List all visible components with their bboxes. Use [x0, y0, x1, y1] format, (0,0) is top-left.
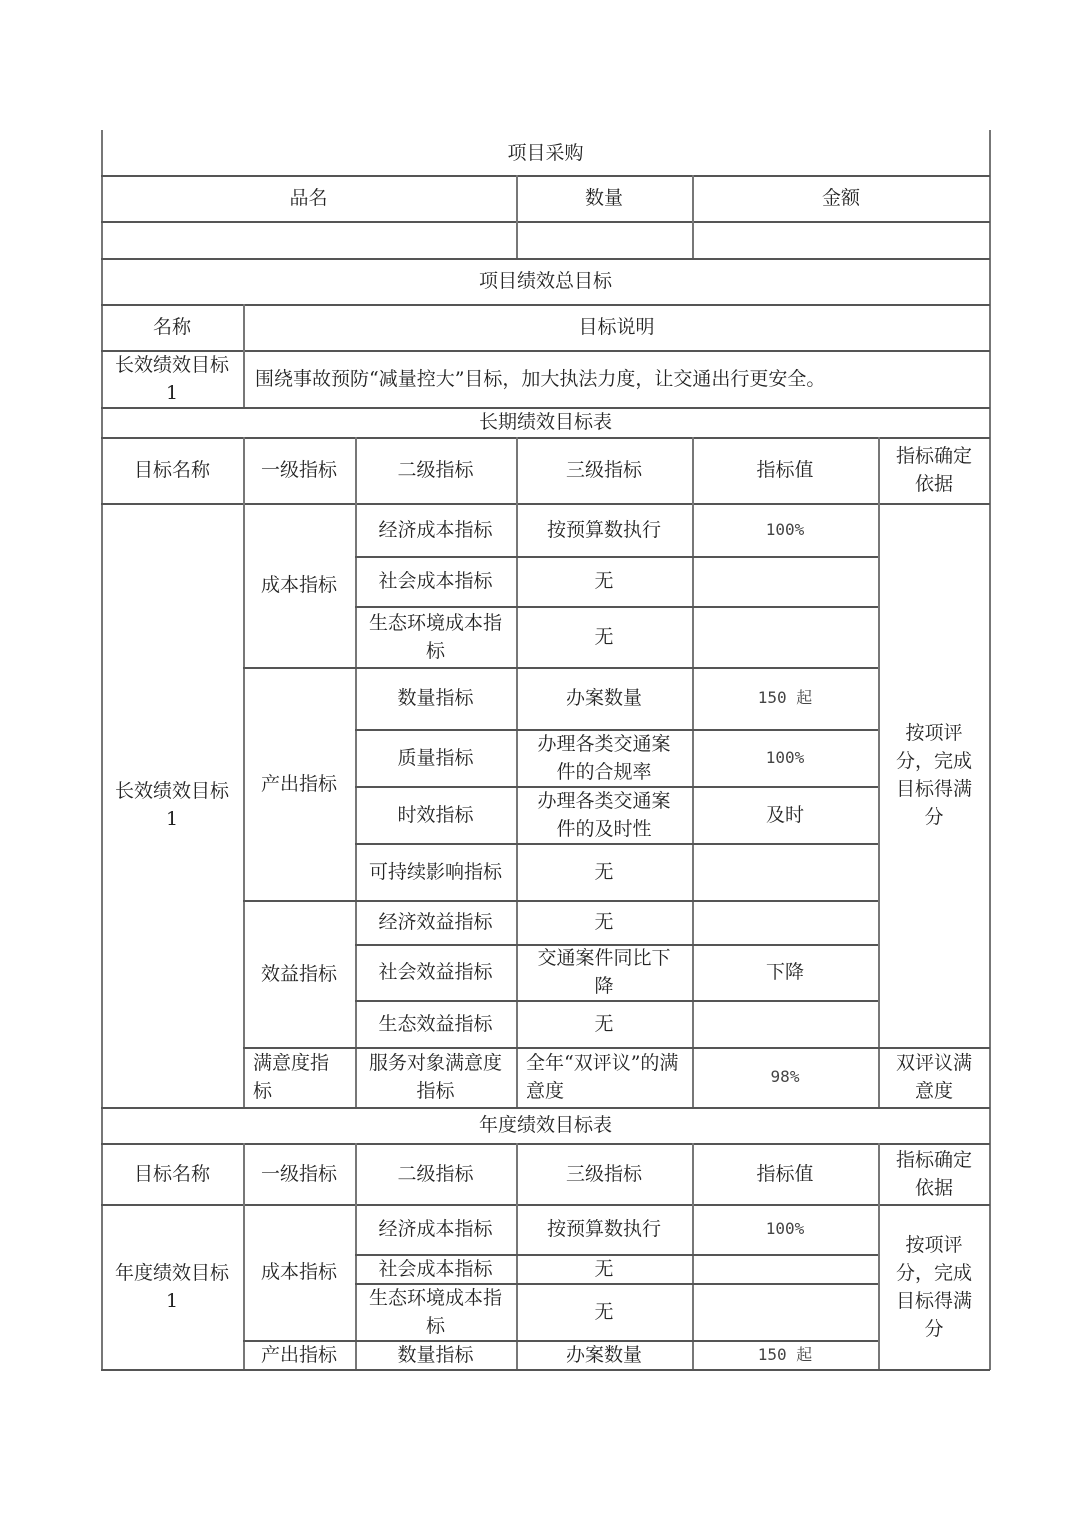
- col-header-value: 指标值: [692, 1143, 878, 1204]
- value: 及时: [692, 786, 878, 843]
- value: 100%: [692, 729, 878, 786]
- col-header-target-name: 目标名称: [101, 1143, 243, 1204]
- level2: 服务对象满意度指标: [355, 1047, 516, 1107]
- value: [692, 1283, 878, 1340]
- col-header-level1: 一级指标: [243, 1143, 355, 1204]
- value: 下降: [692, 944, 878, 1000]
- value: [692, 843, 878, 900]
- value: 98%: [692, 1047, 878, 1107]
- level2: 可持续影响指标: [355, 843, 516, 900]
- level3: 全年“双评议”的满意度: [516, 1047, 692, 1107]
- level3: 按预算数执行: [516, 503, 692, 556]
- level3: 办案数量: [516, 667, 692, 729]
- level2: 社会效益指标: [355, 944, 516, 1000]
- header-goal-description: 目标说明: [243, 304, 990, 350]
- level3: 办案数量: [516, 1340, 692, 1369]
- goal-description: 围绕事故预防“减量控大”目标，加大执法力度，让交通出行更安全。: [243, 350, 990, 407]
- level2: 生态环境成本指标: [355, 1283, 516, 1340]
- value: [692, 1000, 878, 1047]
- level3: 无: [516, 1000, 692, 1047]
- level1-output: 产出指标: [243, 667, 355, 900]
- col-header-basis: 指标确定依据: [878, 437, 990, 503]
- level3: 无: [516, 606, 692, 667]
- col-header-level3: 三级指标: [516, 437, 692, 503]
- section-title-long-term: 长期绩效目标表: [101, 407, 990, 437]
- level1-satisfaction: 满意度指标: [243, 1047, 355, 1107]
- level3: 无: [516, 1283, 692, 1340]
- level3: 按预算数执行: [516, 1204, 692, 1254]
- header-item-name: 品名: [101, 175, 516, 221]
- procurement-item-name: [101, 221, 516, 258]
- col-header-level3: 三级指标: [516, 1143, 692, 1204]
- level2: 数量指标: [355, 667, 516, 729]
- level2: 社会成本指标: [355, 1254, 516, 1283]
- section-title-overall-goal: 项目绩效总目标: [101, 258, 990, 304]
- goal-name: 长效绩效目标 1: [101, 350, 243, 407]
- value: [692, 900, 878, 944]
- header-quantity: 数量: [516, 175, 692, 221]
- value: 100%: [692, 503, 878, 556]
- value: [692, 1254, 878, 1283]
- col-header-level2: 二级指标: [355, 1143, 516, 1204]
- col-header-level2: 二级指标: [355, 437, 516, 503]
- level1-benefit: 效益指标: [243, 900, 355, 1047]
- target-name: 年度绩效目标 1: [101, 1204, 243, 1369]
- level3: 交通案件同比下降: [516, 944, 692, 1000]
- basis-satisfaction: 双评议满意度: [878, 1047, 990, 1107]
- basis-main: 按项评分，完成目标得满分: [878, 503, 990, 1047]
- basis-main: 按项评分，完成目标得满分: [878, 1204, 990, 1369]
- level2: 数量指标: [355, 1340, 516, 1369]
- level3: 办理各类交通案件的及时性: [516, 786, 692, 843]
- level2: 时效指标: [355, 786, 516, 843]
- value: [692, 556, 878, 606]
- col-header-basis: 指标确定依据: [878, 1143, 990, 1204]
- level1-cost: 成本指标: [243, 503, 355, 667]
- level1-output: 产出指标: [243, 1340, 355, 1369]
- level2: 经济成本指标: [355, 503, 516, 556]
- section-title-annual: 年度绩效目标表: [101, 1107, 990, 1143]
- procurement-amount: [692, 221, 990, 258]
- divider: [101, 1369, 990, 1371]
- col-header-level1: 一级指标: [243, 437, 355, 503]
- level2: 经济效益指标: [355, 900, 516, 944]
- value: 150 起: [692, 667, 878, 729]
- level2: 生态效益指标: [355, 1000, 516, 1047]
- col-header-value: 指标值: [692, 437, 878, 503]
- value: [692, 606, 878, 667]
- header-name: 名称: [101, 304, 243, 350]
- level3: 无: [516, 900, 692, 944]
- level2: 经济成本指标: [355, 1204, 516, 1254]
- procurement-quantity: [516, 221, 692, 258]
- level3: 办理各类交通案件的合规率: [516, 729, 692, 786]
- level2: 生态环境成本指标: [355, 606, 516, 667]
- section-title-procurement: 项目采购: [101, 130, 990, 175]
- level3: 无: [516, 843, 692, 900]
- value: 100%: [692, 1204, 878, 1254]
- level2: 质量指标: [355, 729, 516, 786]
- level3: 无: [516, 556, 692, 606]
- level2: 社会成本指标: [355, 556, 516, 606]
- col-header-target-name: 目标名称: [101, 437, 243, 503]
- header-amount: 金额: [692, 175, 990, 221]
- target-name: 长效绩效目标 1: [101, 503, 243, 1107]
- level1-cost: 成本指标: [243, 1204, 355, 1340]
- level3: 无: [516, 1254, 692, 1283]
- value: 150 起: [692, 1340, 878, 1369]
